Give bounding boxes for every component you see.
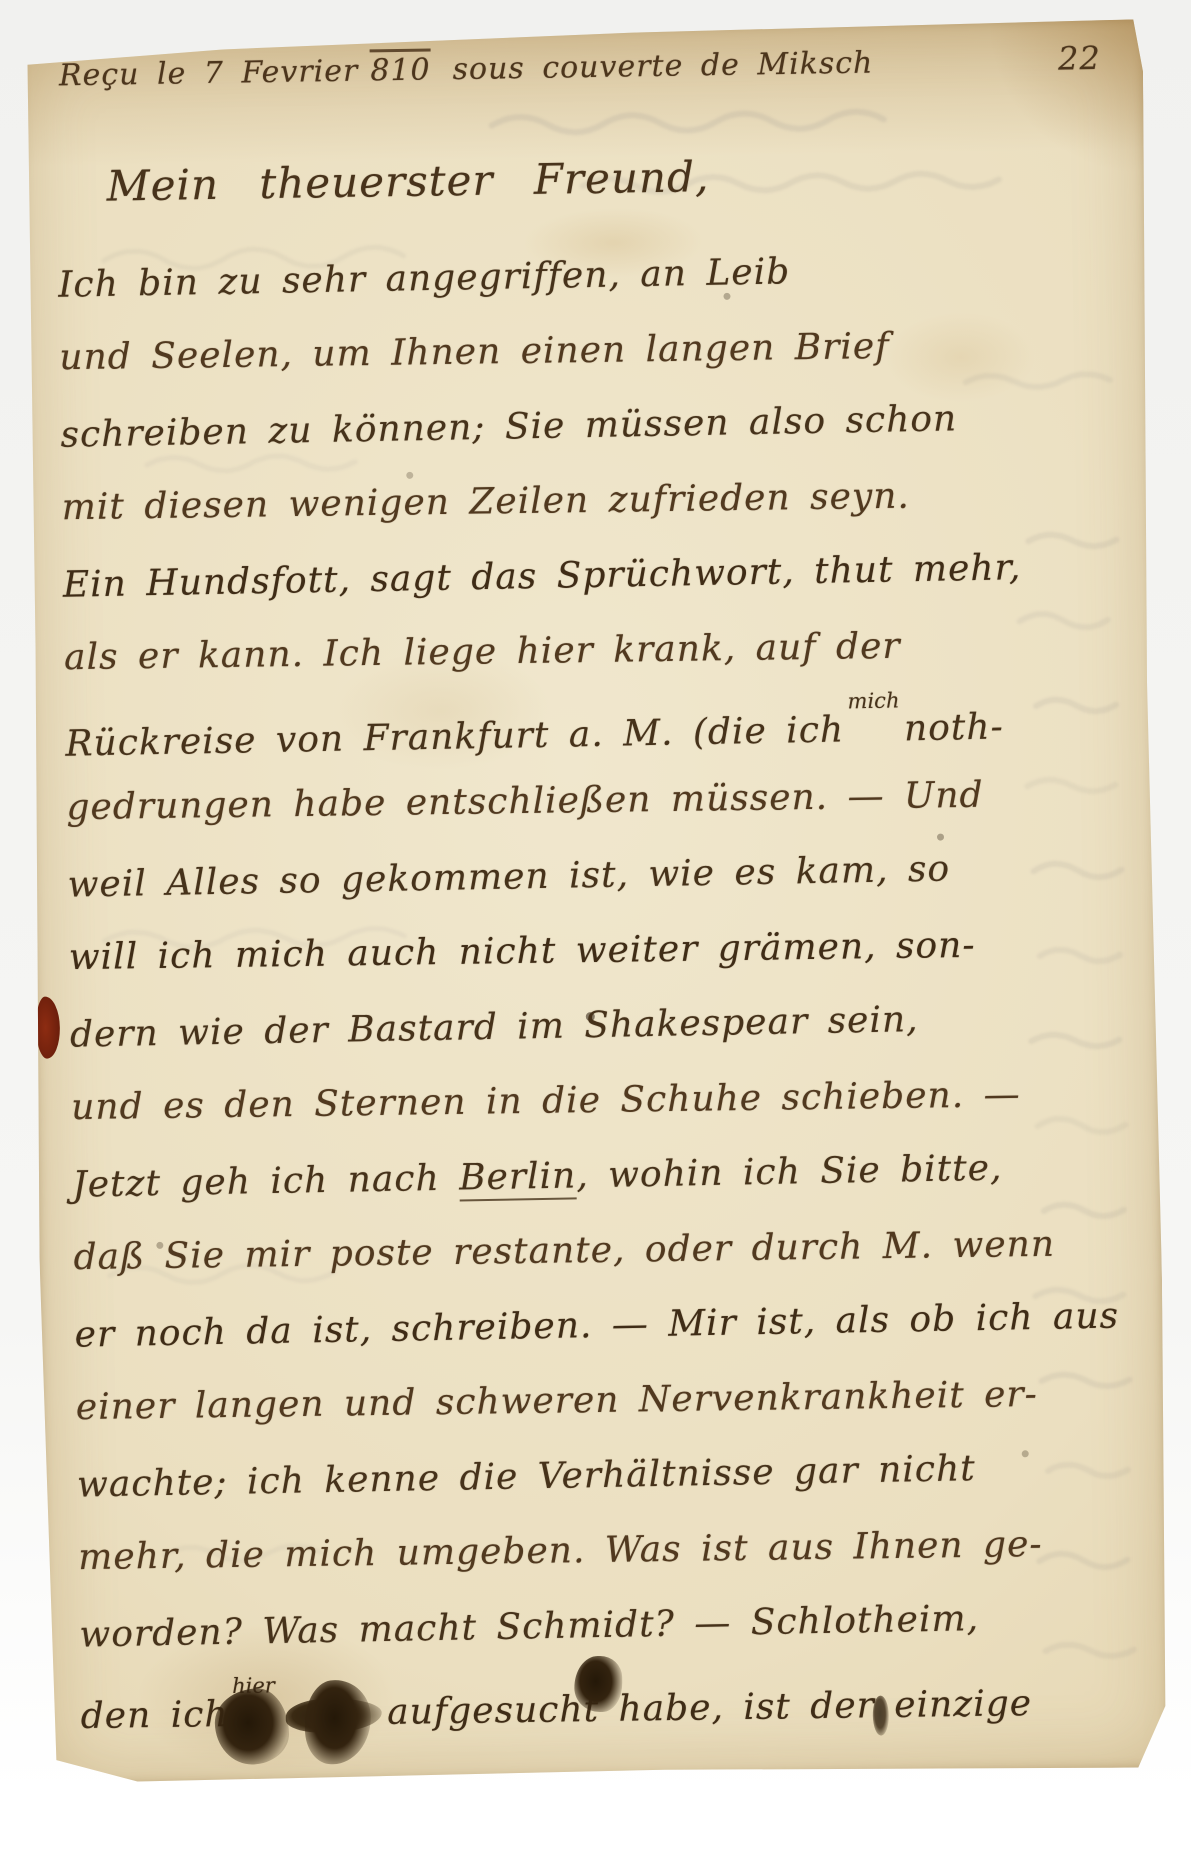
archive-number: 22 <box>1058 39 1101 78</box>
letter-body: Ich bin zu sehr angegriffen, an Leib und… <box>58 238 1149 1755</box>
scanned-letter-photo: { "letter": { "header": { "received": "R… <box>0 0 1191 1868</box>
line-text: Rückreise von Frankfurt a. M. (die ich <box>65 709 844 764</box>
received-note: Reçu le 7 Fevrier <box>59 54 359 94</box>
ink-specks <box>20 37 25 42</box>
line-text: Jetzt geh ich nach <box>72 1158 459 1206</box>
manuscript-line-with-blot: den ichhieraufgesucht habe, ist der einz… <box>80 1664 1149 1754</box>
line-text: , wohin ich Sie bitte, <box>576 1148 1003 1197</box>
cover-note: sous couverte de Miksch <box>452 46 873 88</box>
docket-line: Reçu le 7 Fevrier 810 sous couverte de M… <box>59 38 1101 93</box>
line-text: aufgesucht habe, ist der einzige <box>387 1683 1032 1733</box>
year-note: 810 <box>370 48 431 88</box>
line-text: noth- <box>904 707 1004 750</box>
line-text: den ich <box>80 1694 228 1737</box>
red-wax-trace <box>35 996 60 1058</box>
inserted-word: mich <box>847 688 899 713</box>
underlined-word: Berlin <box>459 1155 577 1201</box>
inserted-word: hier <box>232 1673 275 1698</box>
salutation: Mein theuerster Freund, <box>106 152 709 210</box>
letter-page: Reçu le 7 Fevrier 810 sous couverte de M… <box>20 19 1169 1784</box>
blotted-word <box>285 1698 381 1733</box>
